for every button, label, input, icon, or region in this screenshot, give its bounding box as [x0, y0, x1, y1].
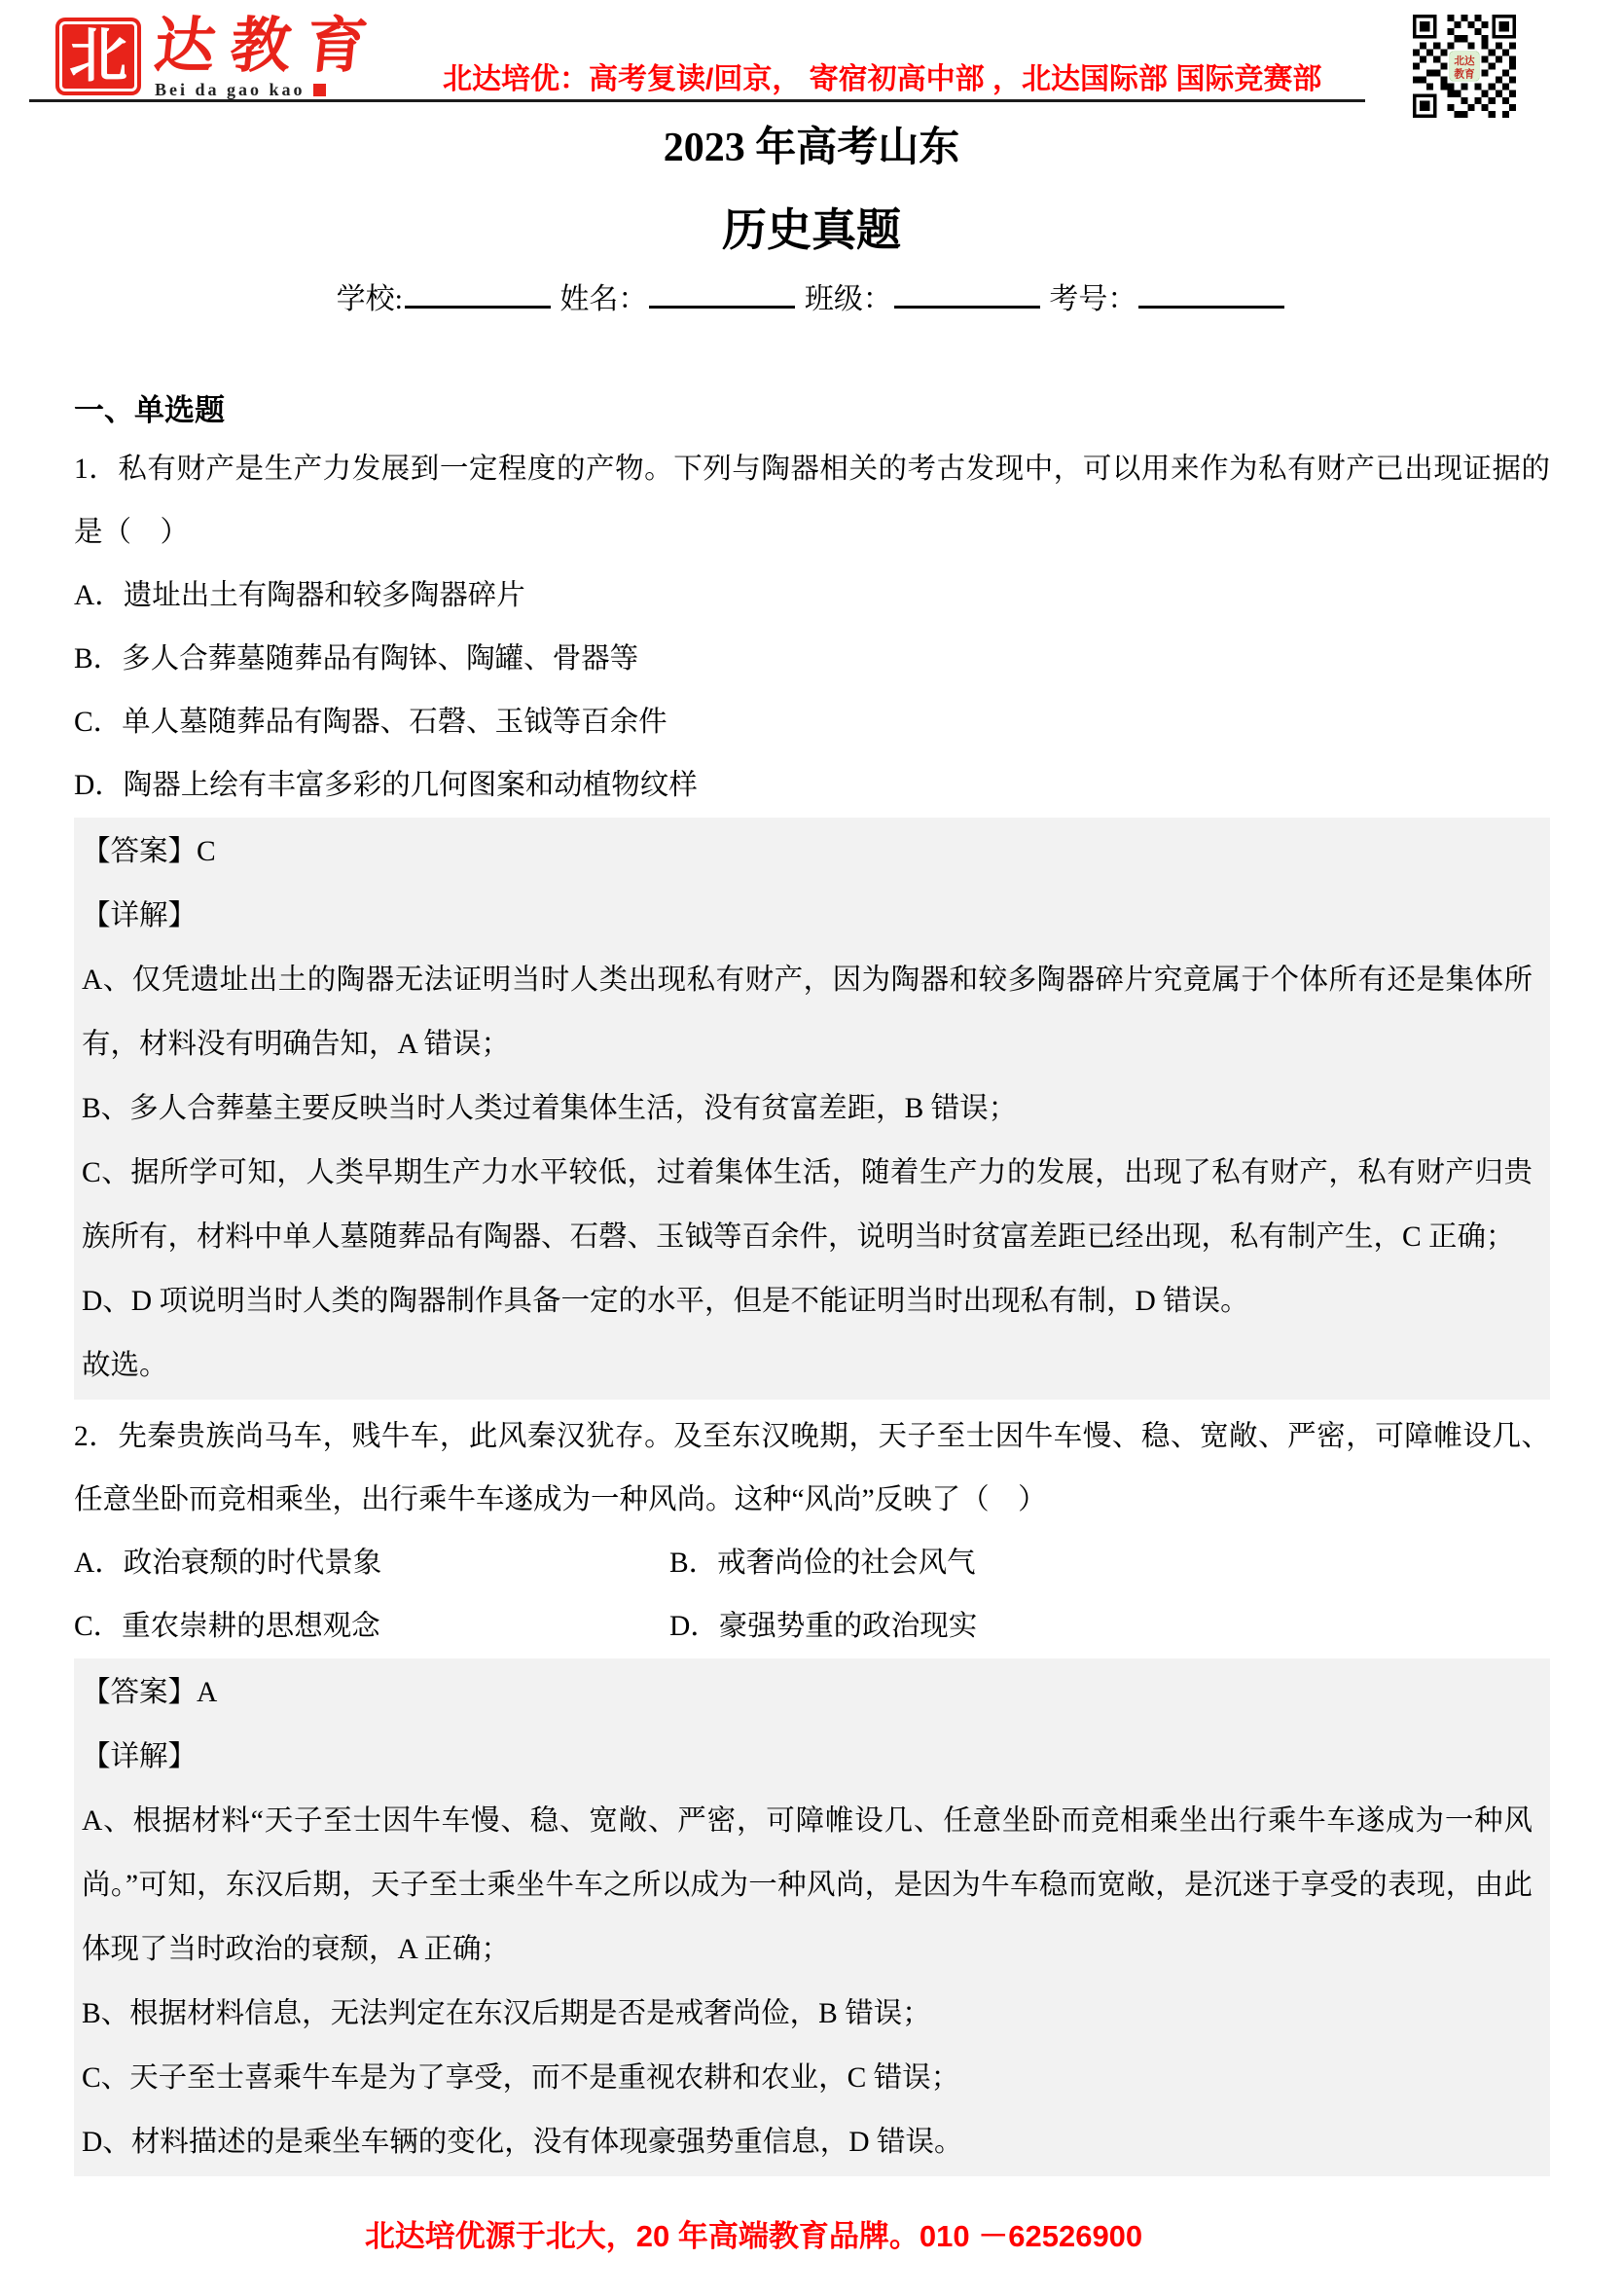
question-2-option-c: C．重农崇耕的思想观念 [74, 1595, 669, 1658]
name-blank-field [649, 276, 795, 309]
question-2-explanation-a: A、根据材料“天子至士因牛车慢、稳、宽敞、严密，可障帷设几、任意坐卧而竞相乘坐出… [82, 1789, 1533, 1982]
question-1-option-c: C．单人墓随葬品有陶器、石磬、玉钺等百余件 [74, 691, 1550, 754]
question-2: 2．先秦贵族尚马车，贱牛车，此风秦汉犹存。及至东汉晚期，天子至士因牛车慢、稳、宽… [74, 1405, 1550, 1658]
question-1-option-d: D．陶器上绘有丰富多彩的几何图案和动植物纹样 [74, 754, 1550, 818]
exam-title-line1: 2023 年高考山东 [0, 103, 1623, 173]
logo-subtitle-text: Bei da gao kao [155, 80, 306, 100]
question-1-explanation-d: D、D 项说明当时人类的陶器制作具备一定的水平，但是不能证明当时出现私有制，D … [82, 1269, 1533, 1333]
logo-name: 达教育 [152, 18, 385, 76]
question-2-answer-box: 【答案】A 【详解】 A、根据材料“天子至士因牛车慢、稳、宽敞、严密，可障帷设几… [74, 1658, 1550, 2176]
question-1-option-a: A．遗址出土有陶器和较多陶器碎片 [74, 565, 1550, 628]
examno-blank-field [1138, 276, 1284, 309]
question-2-explanation-d: D、材料描述的是乘坐车辆的变化，没有体现豪强势重信息，D 错误。 [82, 2110, 1533, 2174]
question-2-option-b: B．戒奢尚俭的社会风气 [669, 1532, 1550, 1595]
class-blank-field [894, 276, 1040, 309]
qr-center-label-line1: 北达 [1454, 55, 1475, 67]
name-label: 姓名： [559, 283, 647, 315]
qr-code: 北达 教育 [1408, 15, 1521, 118]
question-1-explanation-c: C、据所学可知，人类早期生产力水平较低，过着集体生活，随着生产力的发展，出现了私… [82, 1141, 1533, 1269]
question-2-answer-line: 【答案】A [82, 1660, 1533, 1725]
question-2-detail-label: 【详解】 [82, 1725, 1533, 1789]
answer-label: 【答案】 [82, 836, 197, 867]
question-2-option-a: A．政治衰颓的时代景象 [74, 1532, 669, 1595]
question-1-stem: 1．私有财产是生产力发展到一定程度的产物。下列与陶器相关的考古发现中，可以用来作… [74, 438, 1550, 565]
school-label: 学校: [337, 283, 403, 315]
beida-logo: 北 达教育 Bei da gao kao [55, 18, 382, 100]
question-2-options: A．政治衰颓的时代景象 B．戒奢尚俭的社会风气 C．重农崇耕的思想观念 D．豪强… [74, 1532, 1550, 1658]
section-heading: 一、单选题 [74, 391, 1550, 430]
exam-title-line2: 历史真题 [0, 204, 1623, 257]
question-2-option-d: D．豪强势重的政治现实 [669, 1595, 1550, 1658]
page-header: 北 达教育 Bei da gao kao 北达培优：高考复读/回京， 寄宿初高中… [0, 0, 1623, 103]
logo-red-square-icon [313, 84, 326, 96]
question-1-explanation-a: A、仅凭遗址出土的陶器无法证明当时人类出现私有财产，因为陶器和较多陶器碎片究竟属… [82, 948, 1533, 1076]
answer-value: A [197, 1677, 217, 1708]
qr-code-graphic: 北达 教育 [1408, 15, 1521, 118]
question-1-answer-line: 【答案】C [82, 820, 1533, 884]
question-2-explanation-c: C、天子至士喜乘牛车是为了享受，而不是重视农耕和农业，C 错误； [82, 2046, 1533, 2110]
exam-document-page: 北 达教育 Bei da gao kao 北达培优：高考复读/回京， 寄宿初高中… [0, 0, 1623, 2296]
question-2-stem: 2．先秦贵族尚马车，贱牛车，此风秦汉犹存。及至东汉晚期，天子至士因牛车慢、稳、宽… [74, 1405, 1550, 1532]
qr-center-label-line2: 教育 [1453, 67, 1475, 80]
question-1: 1．私有财产是生产力发展到一定程度的产物。下列与陶器相关的考古发现中，可以用来作… [74, 438, 1550, 818]
class-label: 班级： [805, 283, 892, 315]
student-info-bar: 学校: 姓名： 班级： 考号： [0, 276, 1623, 319]
logo-subtitle: Bei da gao kao [155, 80, 382, 100]
answer-value: C [197, 836, 216, 867]
footer-brand-line: 北达培优源于北大，20 年高端教育品牌。010 －62526900 [74, 2217, 1550, 2256]
header-slogan: 北达培优：高考复读/回京， 寄宿初高中部 ，北达国际部 国际竞赛部 [443, 55, 1321, 97]
school-blank-field [405, 276, 551, 309]
document-body: 一、单选题 1．私有财产是生产力发展到一定程度的产物。下列与陶器相关的考古发现中… [74, 391, 1550, 2256]
logo-seal-icon: 北 [55, 18, 141, 95]
examno-label: 考号： [1049, 283, 1136, 315]
question-1-option-b: B．多人合葬墓随葬品有陶钵、陶罐、骨器等 [74, 628, 1550, 691]
header-divider [29, 99, 1365, 102]
question-1-conclusion: 故选。 [82, 1333, 1533, 1398]
logo-text-block: 达教育 Bei da gao kao [155, 18, 382, 100]
question-2-explanation-b: B、根据材料信息，无法判定在东汉后期是否是戒奢尚俭，B 错误； [82, 1982, 1533, 2046]
question-1-answer-box: 【答案】C 【详解】 A、仅凭遗址出土的陶器无法证明当时人类出现私有财产，因为陶… [74, 818, 1550, 1400]
question-1-explanation-b: B、多人合葬墓主要反映当时人类过着集体生活，没有贫富差距，B 错误； [82, 1076, 1533, 1141]
question-1-detail-label: 【详解】 [82, 884, 1533, 948]
answer-label: 【答案】 [82, 1677, 197, 1708]
